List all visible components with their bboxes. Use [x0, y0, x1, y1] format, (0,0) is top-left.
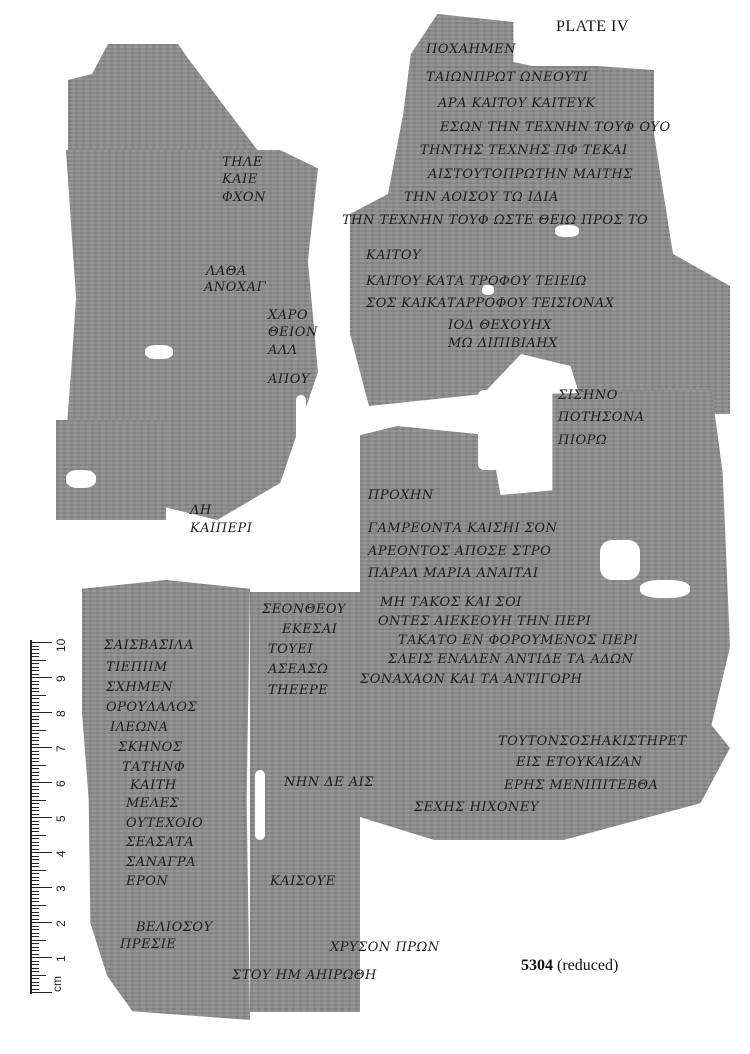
ruler-tick	[30, 975, 46, 976]
ruler-label: 7	[54, 745, 68, 752]
ruler-tick	[30, 775, 39, 776]
ruler-label: 3	[54, 885, 68, 892]
text-line: ΘΕΙΟΝ	[268, 325, 318, 340]
ruler-label: 8	[54, 710, 68, 717]
ruler-tick	[30, 957, 52, 958]
papyrus-fragment-upper-left	[68, 44, 268, 164]
ruler-tick	[30, 796, 39, 797]
text-line: ΛΗ	[190, 503, 212, 518]
plate-caption: 5304 (reduced)	[521, 957, 618, 975]
ruler-tick	[30, 922, 52, 923]
text-line: ΜΩ ΔΙΠΙΒΙΑΗΧ	[448, 336, 558, 351]
ruler-tick	[30, 684, 39, 685]
text-line: ΠΑΡΑΛ ΜΑΡΙΑ ΑΝΑΙΤΑΙ	[368, 566, 538, 581]
text-line: ΕΡΟΝ	[126, 874, 168, 889]
ruler-tick	[30, 653, 39, 654]
ruler-label: 2	[54, 920, 68, 927]
ruler-tick	[30, 740, 39, 741]
text-line: ΚΑΙΣΟΥΕ	[270, 874, 336, 889]
text-line: ΤΑΚΑΤΟ ΕΝ ΦΟΡΟΥΜΕΝΟΣ ΠΕΡΙ	[398, 633, 638, 648]
text-line: ΕΚΕΣΑΙ	[282, 622, 337, 637]
ruler-tick	[30, 649, 39, 650]
text-line: ΓΑΜΡΕΟΝΤΑ ΚΑΙΣΗΙ ΣΟΝ	[368, 521, 557, 536]
text-line: ΣΟΝΑΧΑΟΝ ΚΑΙ ΤΑ ΑΝΤΙΓΟΡΗ	[360, 672, 582, 687]
ruler-tick	[30, 765, 46, 766]
ruler-tick	[30, 901, 39, 902]
ruler-tick	[30, 964, 39, 965]
text-line: ΤΑΙΩΝΠΡΩΤ ΩΝΕΟΥΤΙ	[426, 70, 588, 85]
ruler-tick	[30, 908, 39, 909]
ruler-tick	[30, 992, 52, 993]
ruler-tick	[30, 856, 39, 857]
ruler-tick	[30, 866, 39, 867]
text-line: ΤΟΥΤΟΝΣΟΣΗΑΚΙΣΤΗΡΕΤ	[498, 734, 687, 749]
ruler-tick	[30, 870, 46, 871]
text-line: ΙΟΔ ΘΕΧΟΥΗΧ	[448, 318, 552, 333]
ruler-tick	[30, 789, 39, 790]
text-line: ΑΠΟΥ	[268, 372, 310, 387]
papyrus-number: 5304	[521, 957, 553, 974]
text-line: ΕΙΣ ΕΤΟΥΚΑΙΖΑΝ	[516, 755, 642, 770]
ruler-tick	[30, 961, 39, 962]
ruler-tick	[30, 747, 52, 748]
ruler-tick	[30, 884, 39, 885]
text-line: ΤΗΛΕ	[222, 155, 263, 170]
ruler-tick	[30, 968, 39, 969]
text-line: ΣΑΙΣΒΑΣΙΛΑ	[104, 638, 194, 653]
text-line: ΤΗΝΤΗΣ ΤΕΧΝΗΣ ΠΦ ΤΕΚΑΙ	[420, 143, 628, 158]
text-line: ΧΡΥΣΟΝ ΠΡΩΝ	[330, 940, 440, 955]
ruler-tick	[30, 646, 39, 647]
text-line: ΠΡΟΧΗΝ	[368, 488, 434, 503]
ruler-tick	[30, 985, 39, 986]
ruler-tick	[30, 954, 39, 955]
ruler-tick	[30, 702, 39, 703]
ruler-tick	[30, 733, 39, 734]
ruler-tick	[30, 758, 39, 759]
text-line: ΤΗΝ ΤΕΧΝΗΝ ΤΟΥΦ ΩΣΤΕ ΘΕΙΩ ΠΡΟΣ ΤΟ	[342, 213, 648, 228]
ruler-tick	[30, 978, 39, 979]
ruler-tick	[30, 982, 39, 983]
text-line: ΣΚΗΝΟΣ	[118, 740, 182, 755]
text-line: ΜΕΛΕΣ	[126, 796, 179, 811]
ruler-tick	[30, 698, 39, 699]
ruler-tick	[30, 863, 39, 864]
ruler-tick	[30, 971, 39, 972]
ruler-tick	[30, 712, 52, 713]
ruler-tick	[30, 691, 39, 692]
text-line: ΛΑΘΑ	[206, 264, 247, 279]
ruler-tick	[30, 859, 39, 860]
text-line: ΣΑΝΑΓΡΑ	[126, 855, 196, 870]
ruler-tick	[30, 667, 39, 668]
ruler-tick	[30, 915, 39, 916]
ruler-tick	[30, 800, 46, 801]
ruler-tick	[30, 933, 39, 934]
text-line: ΚΑΙΕ	[222, 172, 258, 187]
ruler-tick	[30, 782, 52, 783]
ruler-tick	[30, 950, 39, 951]
text-line: ΦΧΟΝ	[222, 190, 266, 205]
text-line: ΧΑΡΟ	[268, 308, 308, 323]
ruler-tick	[30, 768, 39, 769]
text-line: ΠΟΧΑΗΜΕΝ	[426, 42, 516, 57]
ruler-tick	[30, 719, 39, 720]
ruler-tick	[30, 754, 39, 755]
text-line: ΤΟΥΕΙ	[268, 642, 313, 657]
ruler-tick	[30, 803, 39, 804]
text-line: ΟΥΤΕΧΟΙΟ	[126, 816, 203, 831]
ruler-tick	[30, 730, 46, 731]
text-line: ΤΑΤΗΝΦ	[122, 760, 185, 775]
ruler-tick	[30, 751, 39, 752]
ruler-label: 1	[54, 955, 68, 962]
ruler-tick	[30, 772, 39, 773]
ruler-tick	[30, 891, 39, 892]
ruler-tick	[30, 929, 39, 930]
text-line: ΚΑΙΤΟΥ ΚΑΤΑ ΤΡΟΦΟΥ ΤΕΙΕΙΩ	[366, 274, 587, 289]
ruler-tick	[30, 898, 39, 899]
ruler-tick	[30, 873, 39, 874]
text-line: ΣΛΕΙΣ ΕΝΑΛΕΝ ΑΝΤΙΔΕ ΤΑ ΑΔΩΝ	[388, 652, 633, 667]
ruler-label: 10	[54, 639, 68, 652]
ruler-tick	[30, 828, 39, 829]
ruler-tick	[30, 824, 39, 825]
ruler-tick	[30, 681, 39, 682]
text-line: ΝΗΝ ΔΕ ΑΙΣ	[284, 775, 374, 790]
text-line: ΣΕΟΝΘΕΟΥ	[262, 602, 346, 617]
ruler-tick	[30, 716, 39, 717]
ruler-label: 6	[54, 780, 68, 787]
text-line: ΚΑΙΤΟΥ	[366, 248, 421, 263]
ruler-tick	[30, 926, 39, 927]
ruler-tick	[30, 842, 39, 843]
ruler-tick	[30, 849, 39, 850]
ruler-tick	[30, 852, 52, 853]
text-line: ΤΗΝ ΑΟΙΣΟΥ ΤΩ ΙΔΙΑ	[404, 190, 559, 205]
ruler-tick	[30, 695, 46, 696]
text-line: ΑΛΛ	[268, 343, 298, 358]
text-line: ΒΕΛΙΟΣΟΥ	[136, 920, 213, 935]
text-line: ΑΣΕΑΣΩ	[268, 662, 328, 677]
ruler-tick	[30, 723, 39, 724]
ruler-tick	[30, 821, 39, 822]
ruler-tick	[30, 709, 39, 710]
text-line: ΤΙΕΠΙΙΜ	[106, 660, 168, 675]
ruler-tick	[30, 887, 52, 888]
ruler-tick	[30, 831, 39, 832]
ruler-tick	[30, 663, 39, 664]
ruler-label: 9	[54, 675, 68, 682]
ruler-tick	[30, 880, 39, 881]
ruler-tick	[30, 642, 52, 643]
text-line: ΑΙΣΤΟΥΤΟΠΡΩΤΗΝ ΜΑΙΤΗΣ	[428, 167, 633, 182]
text-line: ΜΗ ΤΑΚΟΣ ΚΑΙ ΣΟΙ	[380, 595, 522, 610]
ruler-tick	[30, 761, 39, 762]
ruler-tick	[30, 905, 46, 906]
ruler-tick	[30, 737, 39, 738]
ruler-tick	[30, 726, 39, 727]
plate-title: PLATE IV	[556, 18, 629, 36]
ruler-label: 4	[54, 850, 68, 857]
ruler-tick	[30, 940, 46, 941]
text-line: ΟΝΤΕΣ ΑΙΕΚΕΟΥΗ ΤΗΝ ΠΕΡΙ	[378, 614, 591, 629]
text-line: ΠΡΕΣΙΕ	[120, 937, 176, 952]
ruler-tick	[30, 877, 39, 878]
ruler-tick	[30, 670, 39, 671]
text-line: ΣΧΗΜΕΝ	[106, 680, 173, 695]
text-line: ΠΙΟΡΩ	[558, 433, 607, 448]
text-line: ΣΕΧΗΣ ΗΙΧΟΝΕΥ	[414, 800, 539, 815]
ruler-tick	[30, 674, 39, 675]
ruler-tick	[30, 912, 39, 913]
ruler-tick	[30, 989, 39, 990]
ruler-tick	[30, 943, 39, 944]
text-line: ΑΝΟΧΑΓ	[204, 280, 266, 295]
ruler-tick	[30, 835, 46, 836]
ruler-tick	[30, 660, 46, 661]
caption-note: (reduced)	[557, 957, 618, 974]
text-line: ΟΡΟΥΔΑΛΟΣ	[106, 700, 197, 715]
ruler-tick	[30, 793, 39, 794]
ruler-tick	[30, 838, 39, 839]
ruler-label: 5	[54, 815, 68, 822]
ruler-tick	[30, 817, 52, 818]
text-line: ΕΡΗΣ ΜΕΝΙΠΙΤΕΒΘΑ	[504, 778, 658, 793]
text-line: ΣΕΑΣΑΤΑ	[126, 835, 194, 850]
ruler-tick	[30, 744, 39, 745]
text-line: ΣΤΟΥ ΗΜ ΑΗΙΡΩΘΗ	[232, 968, 377, 983]
ruler-tick	[30, 845, 39, 846]
ruler-tick	[30, 894, 39, 895]
ruler-tick	[30, 677, 52, 678]
ruler-tick	[30, 814, 39, 815]
ruler-tick	[30, 936, 39, 937]
ruler-tick	[30, 810, 39, 811]
ruler-tick	[30, 705, 39, 706]
scale-ruler: cm 1 2 3 4 5 6 7 8 9 10	[24, 640, 60, 994]
text-line: ΙΛΕΩΝΑ	[110, 720, 169, 735]
ruler-tick	[30, 807, 39, 808]
text-line: ΣΙΣΗΝΟ	[558, 388, 618, 403]
ruler-tick	[30, 947, 39, 948]
ruler-tick	[30, 786, 39, 787]
ruler-unit-label: cm	[50, 976, 64, 992]
text-line: ΑΡΕΟΝΤΟΣ ΑΠΟΣΕ ΣΤΡΟ	[368, 544, 551, 559]
text-line: ΚΑΙΠΕΡΙ	[190, 521, 252, 536]
ruler-tick	[30, 656, 39, 657]
text-line: ΤΗΕΕΡΕ	[268, 683, 328, 698]
text-line: ΠΟΤΗΣΟΝΑ	[558, 410, 645, 425]
text-line: ΣΟΣ ΚΑΙΚΑΤΑΡΡΟΦΟΥ ΤΕΙΣΙΟΝΑΧ	[366, 296, 615, 311]
text-line: ΑΡΑ ΚΑΙΤΟΥ ΚΑΙΤΕΥΚ	[438, 96, 596, 111]
ruler-tick	[30, 688, 39, 689]
text-line: ΕΣΩΝ ΤΗΝ ΤΕΧΝΗΝ ΤΟΥΦ ΟΥΟ	[440, 120, 671, 135]
ruler-tick	[30, 919, 39, 920]
text-line: ΚΑΙΤΗ	[130, 778, 177, 793]
ruler-tick	[30, 779, 39, 780]
